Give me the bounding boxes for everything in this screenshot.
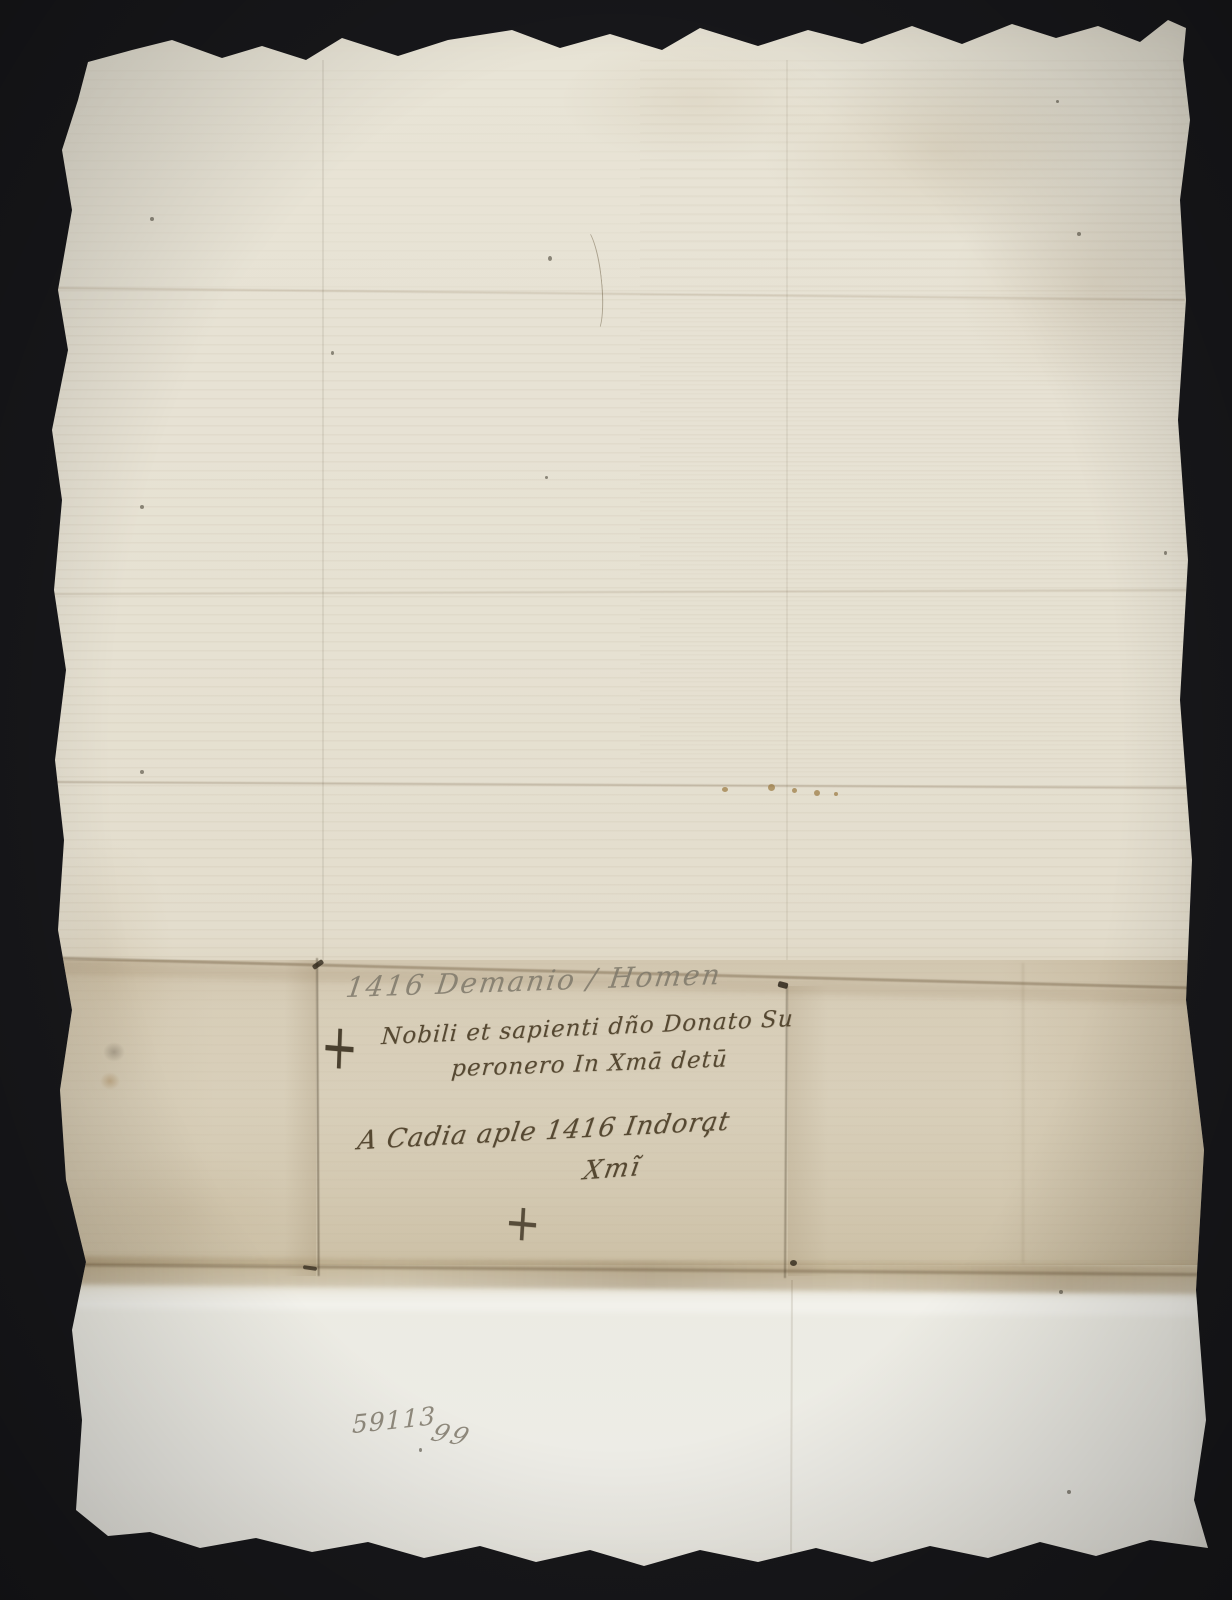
paper-edge-shading (0, 0, 1232, 1600)
photo-background: 1416 Demanio / Homen + Nobili et sapient… (0, 0, 1232, 1600)
letter-paper: 1416 Demanio / Homen + Nobili et sapient… (0, 0, 1232, 1600)
